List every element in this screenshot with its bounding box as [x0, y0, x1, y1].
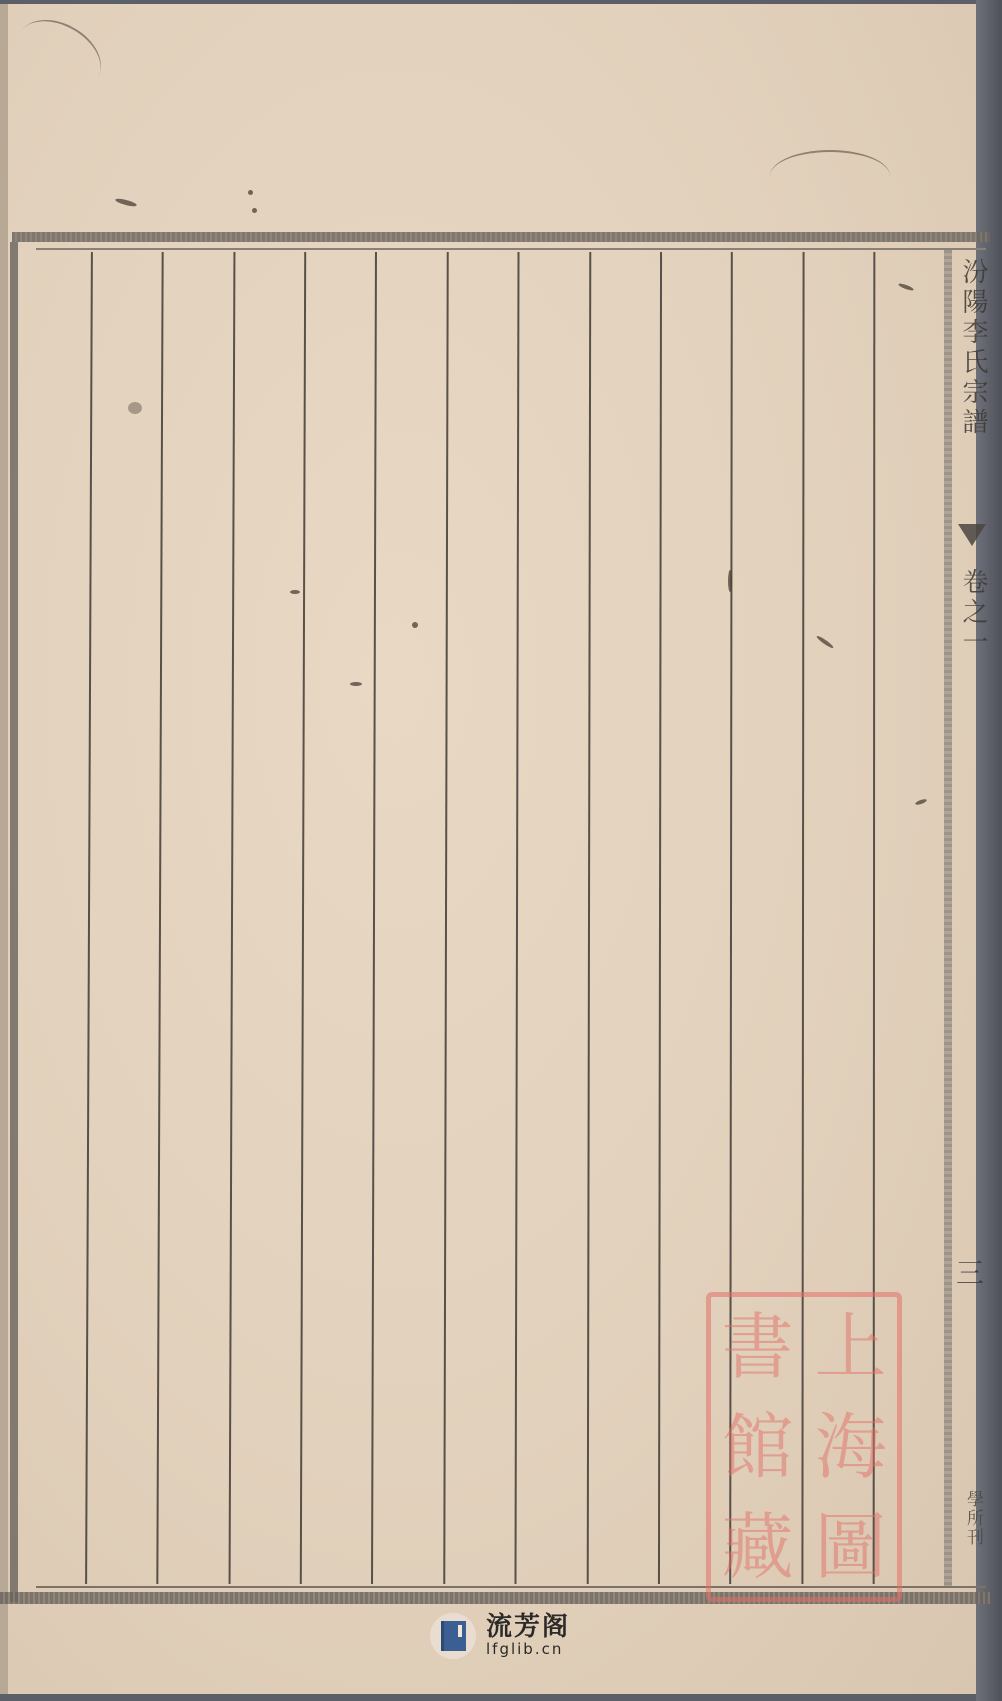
frame-top-border — [12, 232, 990, 242]
banxin-border — [944, 250, 952, 1586]
banxin-page-number: 三 — [958, 1258, 988, 1286]
banxin-title: 汾陽李氏宗譜 — [958, 258, 988, 438]
paper-blemish — [128, 402, 142, 414]
site-watermark: 流芳阁 lfglib.cn — [430, 1610, 570, 1662]
seal-char: 上 — [804, 1297, 897, 1397]
center-margin-banxin: 汾陽李氏宗譜 卷之一 三 學所刊 — [944, 250, 990, 1586]
paper-blemish — [252, 208, 257, 213]
seal-char: 書 — [711, 1297, 804, 1397]
frame-top-inner-rule — [36, 248, 986, 250]
paper-blemish — [412, 622, 418, 628]
watermark-name: 流芳阁 — [486, 1614, 570, 1641]
seal-char: 海 — [804, 1397, 897, 1497]
seal-char: 圖 — [804, 1497, 897, 1597]
book-logo-icon — [430, 1613, 476, 1659]
library-seal: 上 海 圖 書 館 藏 — [706, 1292, 902, 1602]
seal-char: 館 — [711, 1397, 804, 1497]
paper-blemish — [248, 190, 253, 195]
watermark-url: lfglib.cn — [486, 1642, 570, 1658]
top-margin — [16, 10, 976, 236]
fishtail-mark-icon — [958, 518, 986, 552]
paper-blemish — [350, 682, 362, 686]
paper-blemish — [290, 590, 300, 594]
paper-blemish — [728, 570, 732, 592]
banxin-volume: 卷之一 — [958, 568, 988, 658]
banxin-foot-text: 學所刊 — [956, 1490, 986, 1547]
frame-left-border — [10, 242, 18, 1602]
seal-char: 藏 — [711, 1497, 804, 1597]
paper-crease — [770, 150, 890, 202]
